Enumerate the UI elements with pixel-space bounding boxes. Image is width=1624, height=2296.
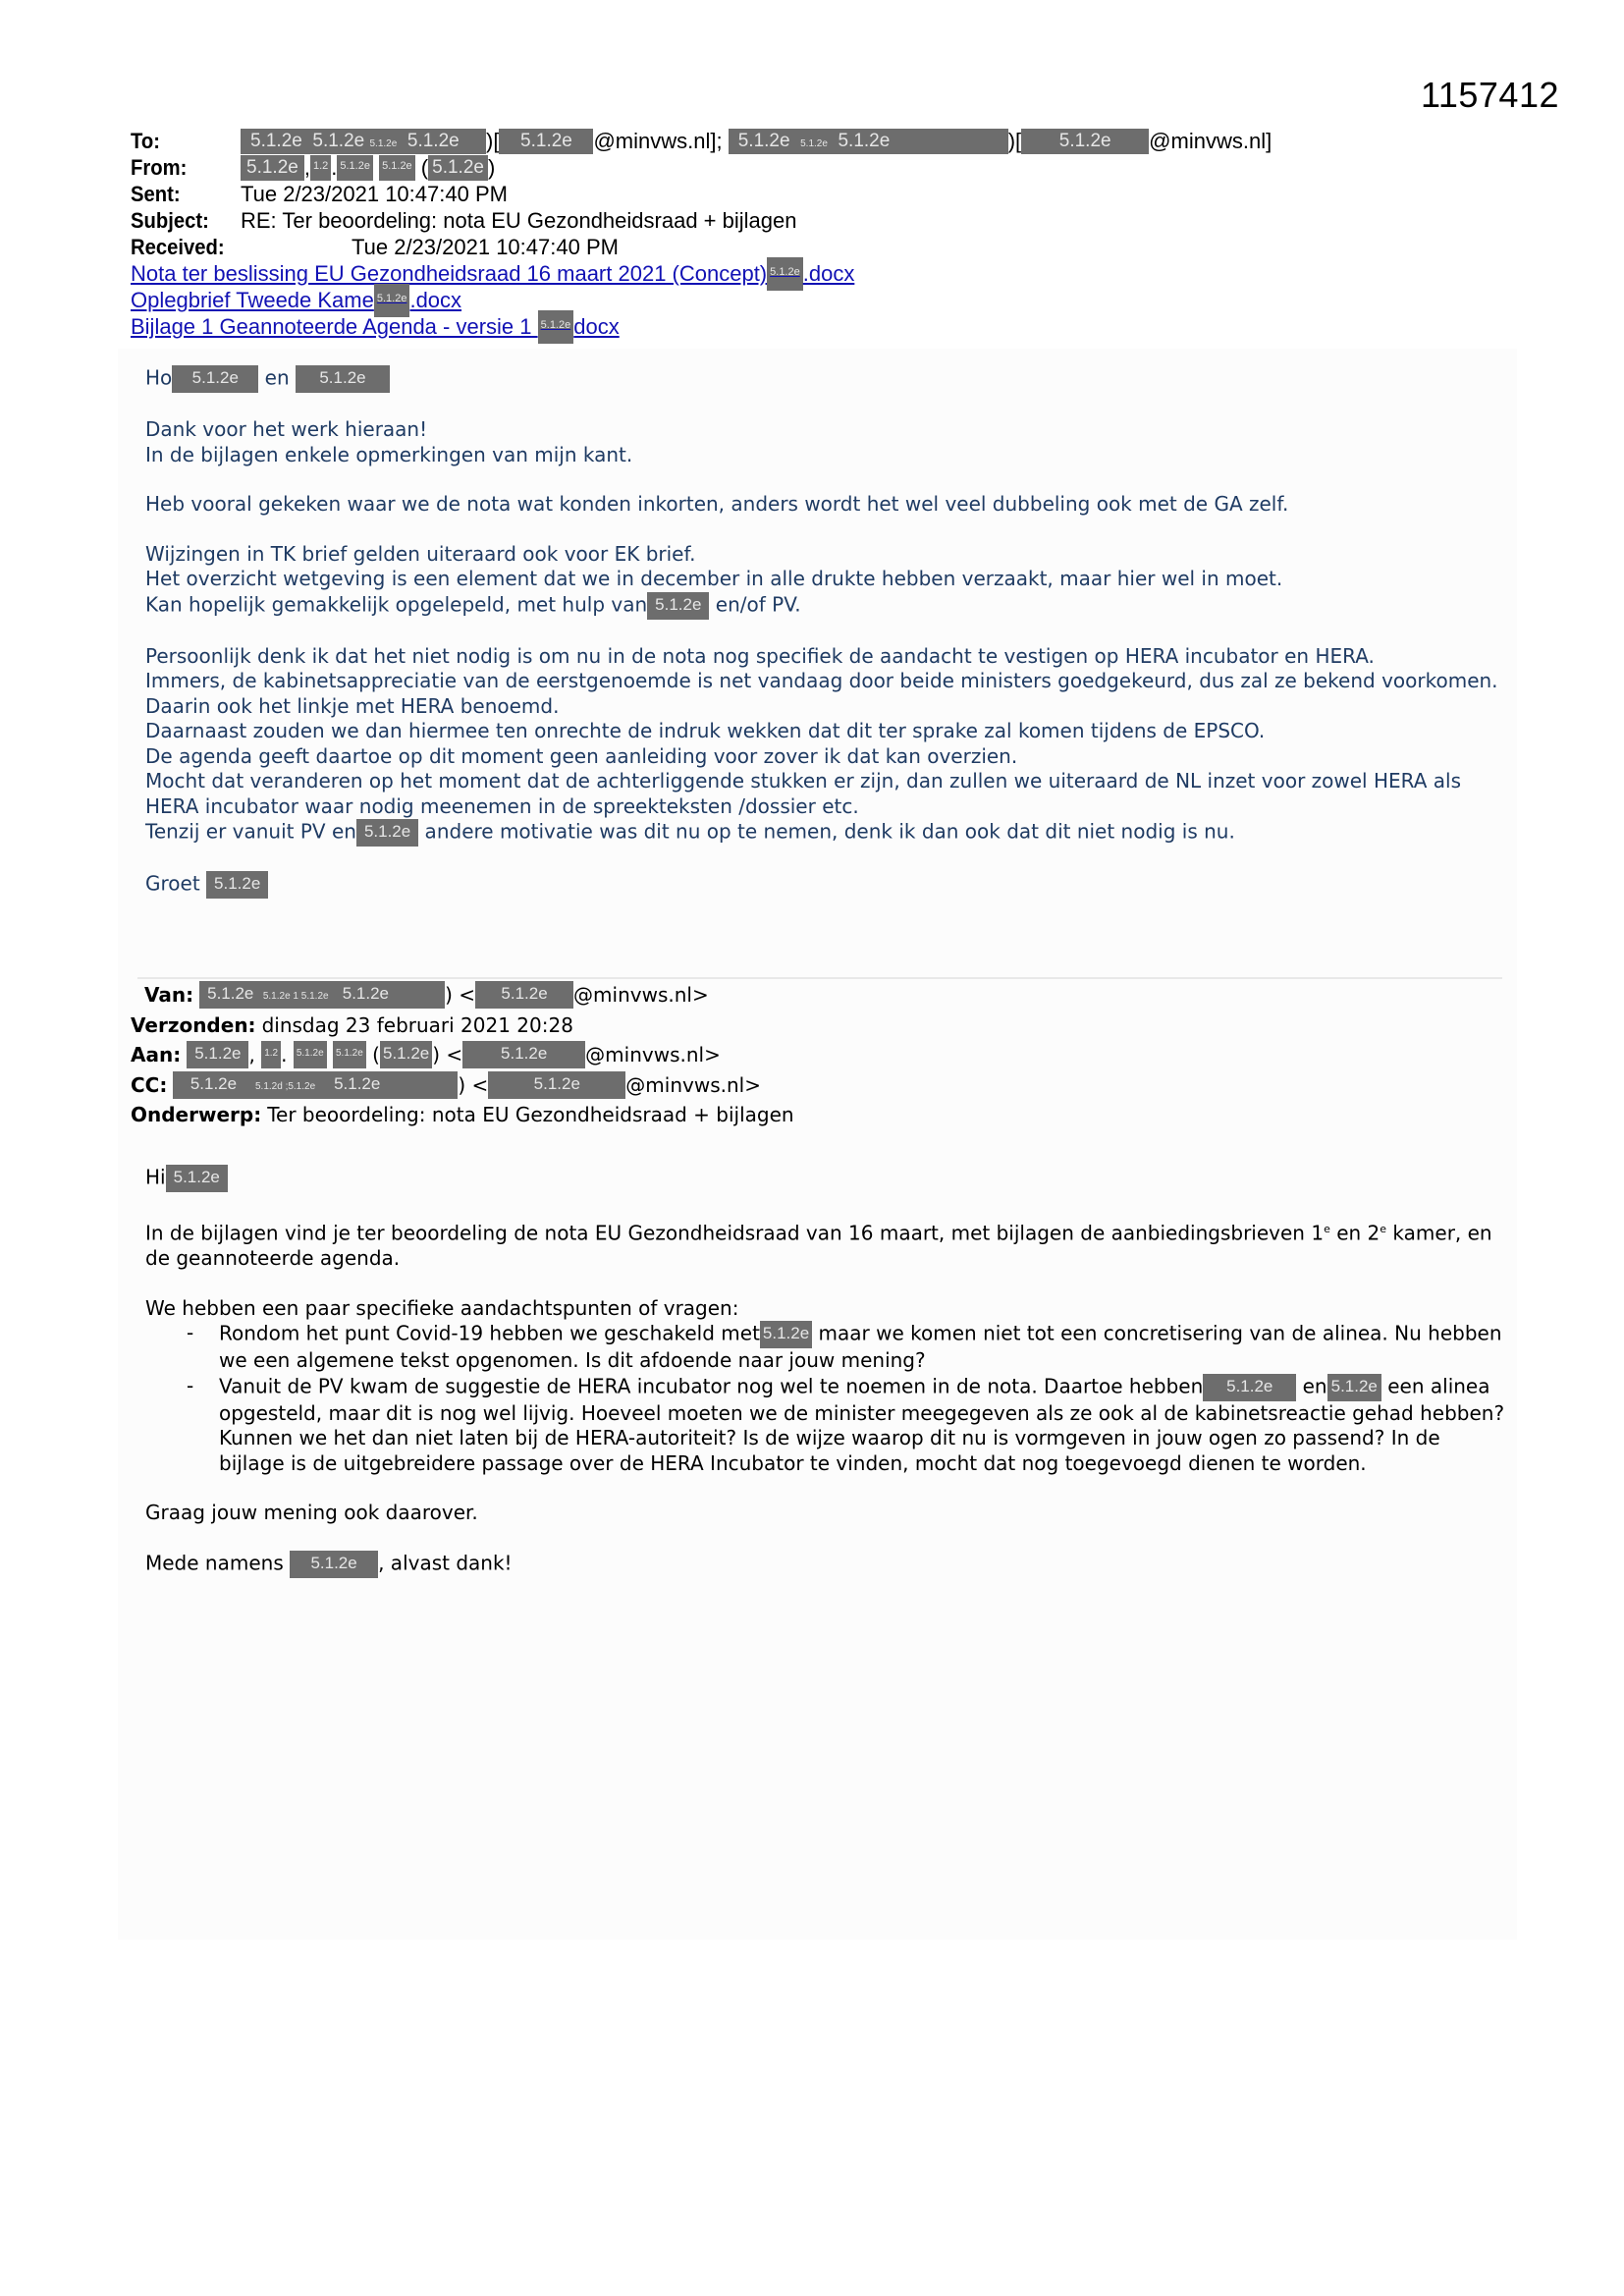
- aan-row: Aan: 5.1.2e, 1.2. 5.1.2e 5.1.2e (5.1.2e)…: [131, 1040, 794, 1070]
- reply-text: Daarin ook het linkje met HERA benoemd.: [145, 694, 1510, 720]
- subject-label: Subject:: [131, 207, 232, 234]
- reply-text: Kan hopelijk gemakkelijk opgelepeld, met…: [145, 592, 1510, 620]
- message-separator: [137, 977, 1502, 979]
- verzonden-label: Verzonden:: [131, 1011, 256, 1041]
- redaction: 5.1.2e: [166, 1165, 228, 1192]
- attachment-link[interactable]: Bijlage 1 Geannoteerde Agenda - versie 1…: [131, 310, 620, 344]
- redaction: 5.1.2e: [333, 1041, 366, 1068]
- onderwerp-row: Onderwerp: Ter beoordeling: nota EU Gezo…: [131, 1100, 794, 1130]
- redaction: 5.1.2e: [1327, 1374, 1381, 1401]
- reply-text: Wijzingen in TK brief gelden uiteraard o…: [145, 542, 1510, 568]
- redaction: 5.1.2e: [1203, 1374, 1296, 1401]
- redaction: 5.1.2e: [475, 981, 573, 1009]
- verzonden-value: dinsdag 23 februari 2021 20:28: [262, 1011, 573, 1041]
- redaction: 5.1.2e 5.1.2d ;5.1.2e 5.1.2e: [173, 1071, 458, 1099]
- redaction: 1.2: [261, 1041, 281, 1068]
- reply-text: Immers, de kabinetsappreciatie van de ee…: [145, 669, 1510, 694]
- forwarded-text: In de bijlagen vind je ter beoordeling d…: [145, 1217, 1510, 1272]
- cc-domain: @minvws.nl>: [625, 1070, 761, 1101]
- redaction: 5.1.2e: [428, 155, 488, 181]
- redaction: 5.1.2e: [760, 1321, 812, 1348]
- reply-text: Dank voor het werk hieraan!: [145, 417, 1510, 443]
- redaction: 5.1.2e: [499, 129, 593, 154]
- redaction: 5.1.2e: [337, 155, 373, 181]
- redaction: 5.1.2e: [294, 1041, 327, 1068]
- redaction: 5.1.2e: [538, 310, 574, 344]
- van-label: Van:: [144, 980, 193, 1011]
- cc-row: CC: 5.1.2e 5.1.2d ;5.1.2e 5.1.2e ) < 5.1…: [131, 1070, 794, 1101]
- redaction: 5.1.2e: [172, 365, 258, 393]
- to-domain-2: @minvws.nl]: [1149, 128, 1272, 154]
- received-label: Received:: [131, 234, 334, 260]
- van-row: Van: 5.1.2e 5.1.2e 1 5.1.2e 5.1.2e ) < 5…: [131, 980, 794, 1011]
- forwarded-message: Hi5.1.2e In de bijlagen vind je ter beoo…: [145, 1165, 1510, 1578]
- list-item: Rondom het punt Covid-19 hebben we gesch…: [145, 1321, 1510, 1374]
- reply-text: Mocht dat veranderen op het moment dat d…: [145, 769, 1510, 819]
- reply-greeting: Ho5.1.2e en 5.1.2e: [145, 365, 1510, 393]
- redaction: 5.1.2e: [767, 257, 803, 291]
- from-row: From: 5.1.2e, 1.2. 5.1.2e 5.1.2e (5.1.2e…: [131, 154, 1272, 181]
- forwarded-text: We hebben een paar specifieke aandachtsp…: [145, 1296, 1510, 1322]
- subject-value: RE: Ter beoordeling: nota EU Gezondheids…: [241, 207, 796, 234]
- aan-domain: @minvws.nl>: [585, 1040, 721, 1070]
- reply-message: Ho5.1.2e en 5.1.2e Dank voor het werk hi…: [145, 365, 1510, 899]
- redaction: 5.1.2e 5.1.2e 5.1.2e 5.1.2e: [241, 129, 486, 154]
- redaction: 5.1.2e: [296, 365, 390, 393]
- cc-label: CC:: [131, 1070, 167, 1101]
- onderwerp-value: Ter beoordeling: nota EU Gezondheidsraad…: [267, 1100, 793, 1130]
- sent-label: Sent:: [131, 181, 232, 207]
- verzonden-row: Verzonden: dinsdag 23 februari 2021 20:2…: [131, 1011, 794, 1041]
- redaction: 5.1.2e: [488, 1071, 625, 1099]
- redaction: 5.1.2e 5.1.2e 1 5.1.2e 5.1.2e: [199, 981, 445, 1009]
- redaction: 5.1.2e: [380, 1041, 432, 1068]
- from-label: From:: [131, 154, 232, 181]
- redaction: 5.1.2e: [356, 819, 418, 847]
- redaction: 5.1.2e: [379, 155, 415, 181]
- redaction: 5.1.2e: [241, 155, 304, 181]
- forwarded-greeting: Hi5.1.2e: [145, 1165, 1510, 1192]
- reply-text: Heb vooral gekeken waar we de nota wat k…: [145, 492, 1510, 518]
- redaction: 1.2: [310, 155, 331, 181]
- redaction: 5.1.2e: [647, 592, 709, 620]
- aan-label: Aan:: [131, 1040, 181, 1070]
- reply-text: Persoonlijk denk ik dat het niet nodig i…: [145, 644, 1510, 670]
- to-domain-1: @minvws.nl];: [593, 128, 722, 154]
- reply-text: Tenzij er vanuit PV en5.1.2e andere moti…: [145, 819, 1510, 847]
- onderwerp-label: Onderwerp:: [131, 1100, 261, 1130]
- sent-row: Sent: Tue 2/23/2021 10:47:40 PM: [131, 181, 1272, 207]
- forwarded-closing: Mede namens 5.1.2e, alvast dank!: [145, 1551, 1510, 1578]
- redaction: 5.1.2e: [1021, 129, 1149, 154]
- forwarded-text: Graag jouw mening ook daarover.: [145, 1501, 1510, 1526]
- email-header: To: 5.1.2e 5.1.2e 5.1.2e 5.1.2e )[ 5.1.2…: [131, 128, 1272, 340]
- reply-text: Het overzicht wetgeving is een element d…: [145, 567, 1510, 592]
- redaction: 5.1.2e: [187, 1041, 248, 1068]
- redaction: 5.1.2e: [206, 871, 268, 899]
- list-item: Vanuit de PV kwam de suggestie de HERA i…: [145, 1374, 1510, 1477]
- sent-value: Tue 2/23/2021 10:47:40 PM: [241, 181, 508, 207]
- attachment-3[interactable]: Bijlage 1 Geannoteerde Agenda - versie 1…: [131, 313, 1272, 340]
- forwarded-header: Van: 5.1.2e 5.1.2e 1 5.1.2e 5.1.2e ) < 5…: [131, 980, 794, 1130]
- question-list: Rondom het punt Covid-19 hebben we gesch…: [145, 1321, 1510, 1476]
- van-domain: @minvws.nl>: [573, 980, 709, 1011]
- document-number: 1157412: [1421, 75, 1559, 116]
- reply-text: De agenda geeft daartoe op dit moment ge…: [145, 744, 1510, 770]
- subject-row: Subject: RE: Ter beoordeling: nota EU Ge…: [131, 207, 1272, 234]
- reply-signoff: Groet 5.1.2e: [145, 871, 1510, 899]
- to-label: To:: [131, 128, 232, 154]
- redaction: 5.1.2e 5.1.2e 5.1.2e: [729, 129, 1008, 154]
- reply-text: Daarnaast zouden we dan hiermee ten onre…: [145, 719, 1510, 744]
- redaction: 5.1.2e: [290, 1551, 378, 1578]
- redaction: 5.1.2e: [462, 1041, 585, 1068]
- reply-text: In de bijlagen enkele opmerkingen van mi…: [145, 443, 1510, 468]
- to-row: To: 5.1.2e 5.1.2e 5.1.2e 5.1.2e )[ 5.1.2…: [131, 128, 1272, 154]
